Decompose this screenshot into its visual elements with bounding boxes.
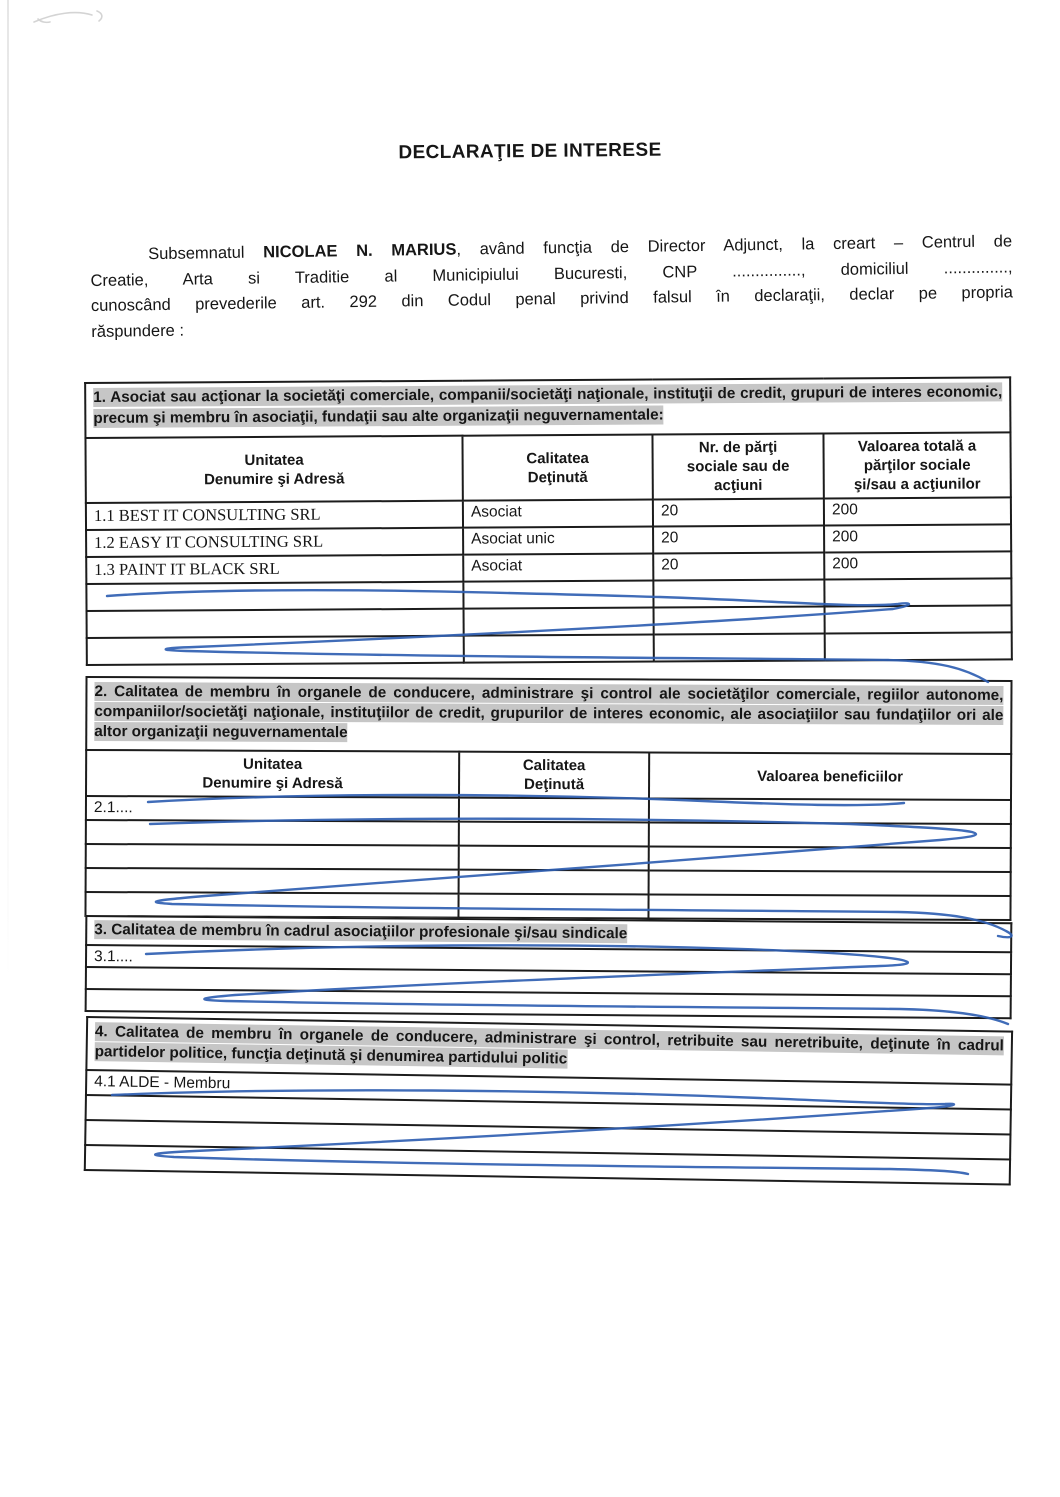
cell-unit xyxy=(87,636,464,665)
column-header-unitatea: Unitatea Denumire şi Adresă xyxy=(86,750,459,798)
cell-shares: 20 xyxy=(653,552,824,580)
cell-quality: Asociat xyxy=(463,500,653,528)
column-header-nr-parti: Nr. de părţi sociale sau de acţiuni xyxy=(652,433,823,499)
section-4-heading-text: 4. Calitatea de membru în organele de co… xyxy=(95,1022,1005,1068)
column-header-calitatea: Calitatea Deţinută xyxy=(462,435,652,501)
cell-quality xyxy=(464,608,654,636)
pencil-smudge-artifact xyxy=(34,11,102,22)
section-1-heading-row: 1. Asociat sau acţionar la societăţi com… xyxy=(85,377,1010,438)
column-header-valoarea-beneficiilor: Valoarea beneficiilor xyxy=(649,752,1011,800)
cell-quality xyxy=(459,798,649,823)
cell-shares xyxy=(654,633,825,661)
cell-unit: 1.1 BEST IT CONSULTING SRL xyxy=(86,501,463,530)
section-2-heading-text: 2. Calitatea de membru în organele de co… xyxy=(94,682,1003,742)
section-1-column-header-row: Unitatea Denumire şi Adresă Calitatea De… xyxy=(85,432,1010,503)
cell-value xyxy=(825,605,1012,633)
cell-unit xyxy=(86,844,459,870)
cell-value: 200 xyxy=(824,551,1011,579)
cell-quality xyxy=(459,846,649,871)
declarant-name: NICOLAE N. MARIUS xyxy=(263,241,456,262)
cell-quality: Asociat xyxy=(463,554,653,582)
cell-quality xyxy=(459,870,649,895)
cell-quality: Asociat unic xyxy=(463,527,653,555)
cell-unit xyxy=(86,820,459,846)
section-3-table: 3. Calitatea de membru în cadrul asociaţ… xyxy=(85,915,1013,1019)
column-header-unitatea: Unitatea Denumire şi Adresă xyxy=(85,436,462,503)
cell-quality xyxy=(459,822,649,847)
section-1-heading-text: 1. Asociat sau acţionar la societăţi com… xyxy=(93,382,1002,427)
empty-row xyxy=(87,632,1012,665)
cell-shares xyxy=(654,606,825,634)
column-header-calitatea: Calitatea Deţinută xyxy=(459,752,649,799)
section-2-heading-row: 2. Calitatea de membru în organele de co… xyxy=(86,677,1011,754)
intro-prefix: Subsemnatul xyxy=(148,243,263,263)
cell-benefits xyxy=(648,894,1010,920)
section-2-column-header-row: Unitatea Denumire şi Adresă Calitatea De… xyxy=(86,750,1011,800)
cell-value: 200 xyxy=(824,497,1011,525)
scanned-declaration-page: DECLARAŢIE DE INTERESE Subsemnatul NICOL… xyxy=(0,0,1060,1497)
cell-unit xyxy=(87,609,464,638)
cell-unit xyxy=(86,582,463,611)
section-2-heading: 2. Calitatea de membru în organele de co… xyxy=(86,677,1011,754)
cell-benefits xyxy=(649,822,1011,848)
cell-value xyxy=(824,578,1011,606)
page-title: DECLARAŢIE DE INTERESE xyxy=(0,135,1060,168)
intro-line-1-rest: , având funcţia de Director Adjunct, la … xyxy=(456,232,1012,258)
cell-quality xyxy=(463,581,653,609)
section-2-table: 2. Calitatea de membru în organele de co… xyxy=(84,676,1012,921)
cell-value xyxy=(825,632,1012,660)
section-1-table: 1. Asociat sau acţionar la societăţi com… xyxy=(84,376,1013,666)
cell-unit xyxy=(86,868,459,894)
cell-quality xyxy=(458,894,648,919)
cell-shares: 20 xyxy=(653,525,824,553)
cell-unit: 1.2 EASY IT CONSULTING SRL xyxy=(86,528,463,557)
section-1-heading: 1. Asociat sau acţionar la societăţi com… xyxy=(85,377,1010,438)
cell-shares xyxy=(653,579,824,607)
cell-benefits xyxy=(649,846,1011,872)
cell-unit: 1.3 PAINT IT BLACK SRL xyxy=(86,555,463,584)
section-4-table: 4. Calitatea de membru în organele de co… xyxy=(84,1016,1013,1186)
cell-unit xyxy=(85,892,458,918)
cell-shares: 20 xyxy=(653,498,824,526)
section-3-heading-text: 3. Calitatea de membru în cadrul asociaţ… xyxy=(94,920,627,943)
intro-paragraph: Subsemnatul NICOLAE N. MARIUS, având fun… xyxy=(90,229,1013,345)
cell-unit: 2.1.... xyxy=(86,796,459,822)
cell-benefits xyxy=(649,870,1011,896)
cell-benefits xyxy=(649,798,1011,824)
column-header-valoarea: Valoarea totală a părţilor sociale şi/sa… xyxy=(823,432,1010,498)
cell-quality xyxy=(464,635,654,663)
cell-value: 200 xyxy=(824,524,1011,552)
